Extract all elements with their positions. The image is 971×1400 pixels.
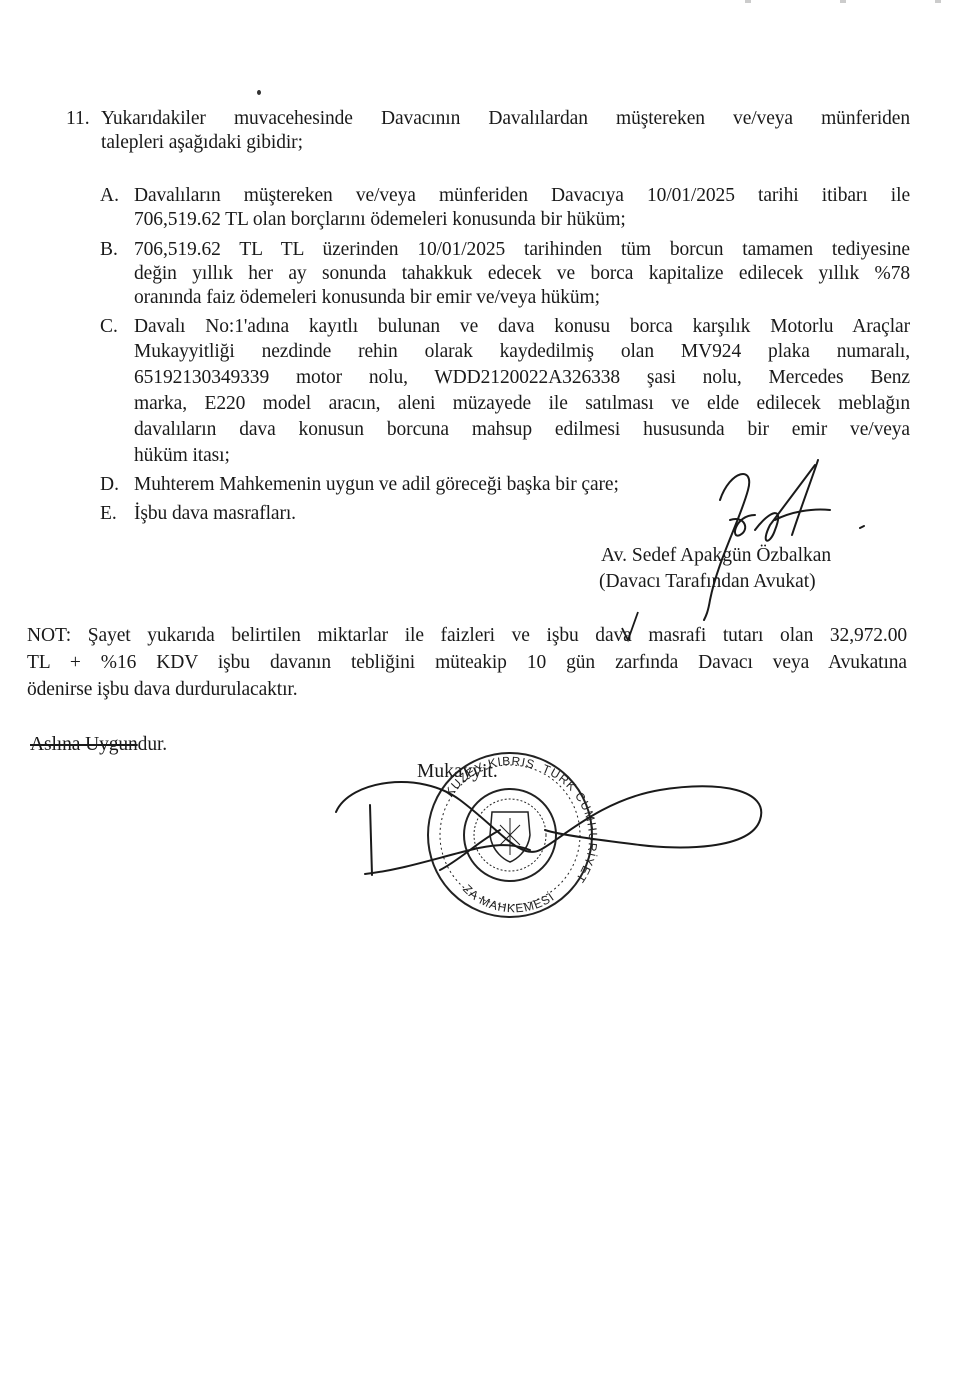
intro-line-2: talepleri aşağıdaki gibidir; xyxy=(101,131,303,155)
item-b-label: B. xyxy=(100,238,118,262)
item-a-label: A. xyxy=(100,184,119,208)
item-d-label: D. xyxy=(100,473,119,497)
item-c-line-6: hüküm itası; xyxy=(134,444,230,468)
registrar-label: Mukayyit. xyxy=(417,760,498,784)
certified-copy-text: Aslına Uygundur. xyxy=(30,733,167,757)
item-c-line-4: marka, E220 model aracın, aleni müzayede… xyxy=(134,392,910,416)
scan-dot xyxy=(257,90,261,95)
signatory-name: Av. Sedef Apakgün Özbalkan xyxy=(601,544,831,568)
note-line-2: TL + %16 KDV işbu davanın tebliğini müte… xyxy=(27,651,907,675)
lawyer-signature-icon xyxy=(704,460,864,620)
note-line-1: NOT: Şayet yukarıda belirtilen miktarlar… xyxy=(27,624,907,648)
item-a-line-2: 706,519.62 TL olan borçlarını ödemeleri … xyxy=(134,208,626,232)
intro-line-1: Yukarıdakiler muvacehesinde Davacının Da… xyxy=(101,107,910,131)
item-e-label: E. xyxy=(100,502,117,526)
scan-artifact-marks xyxy=(700,0,971,6)
certified-copy-rest: dur. xyxy=(138,734,167,755)
item-c-line-3: 65192130349339 motor nolu, WDD2120022A32… xyxy=(134,366,910,390)
item-c-line-5: davalıların dava konusun borcuna mahsup … xyxy=(134,418,910,442)
document-page: 11. Yukarıdakiler muvacehesinde Davacını… xyxy=(0,0,971,1400)
registrar-signature-icon xyxy=(336,782,761,875)
item-a-line-1: Davalıların müştereken ve/veya münferide… xyxy=(134,184,910,208)
item-d-line-1: Muhterem Mahkemenin uygun ve adil görece… xyxy=(134,473,619,497)
item-e-line-1: İşbu dava masrafları. xyxy=(134,502,296,526)
stamp-text-bottom: ZA MAHKEMESİ xyxy=(460,882,557,916)
section-number: 11. xyxy=(66,107,90,131)
certified-copy-struck: Aslına Uygun xyxy=(30,734,138,755)
item-c-label: C. xyxy=(100,315,118,339)
item-c-line-1: Davalı No:1'adına kayıtlı bulunan ve dav… xyxy=(134,315,910,339)
item-b-line-3: oranında faiz ödemeleri konusunda bir em… xyxy=(134,286,600,310)
item-b-line-1: 706,519.62 TL TL üzerinden 10/01/2025 ta… xyxy=(134,238,910,262)
note-line-3: ödenirse işbu dava durdurulacaktır. xyxy=(27,678,298,702)
item-c-line-2: Mukayyitliği nezdinde rehin olarak kayde… xyxy=(134,340,910,364)
item-b-line-2: değin yıllık her ay sonunda tahakkuk ede… xyxy=(134,262,910,286)
signatory-role: (Davacı Tarafından Avukat) xyxy=(599,570,816,594)
